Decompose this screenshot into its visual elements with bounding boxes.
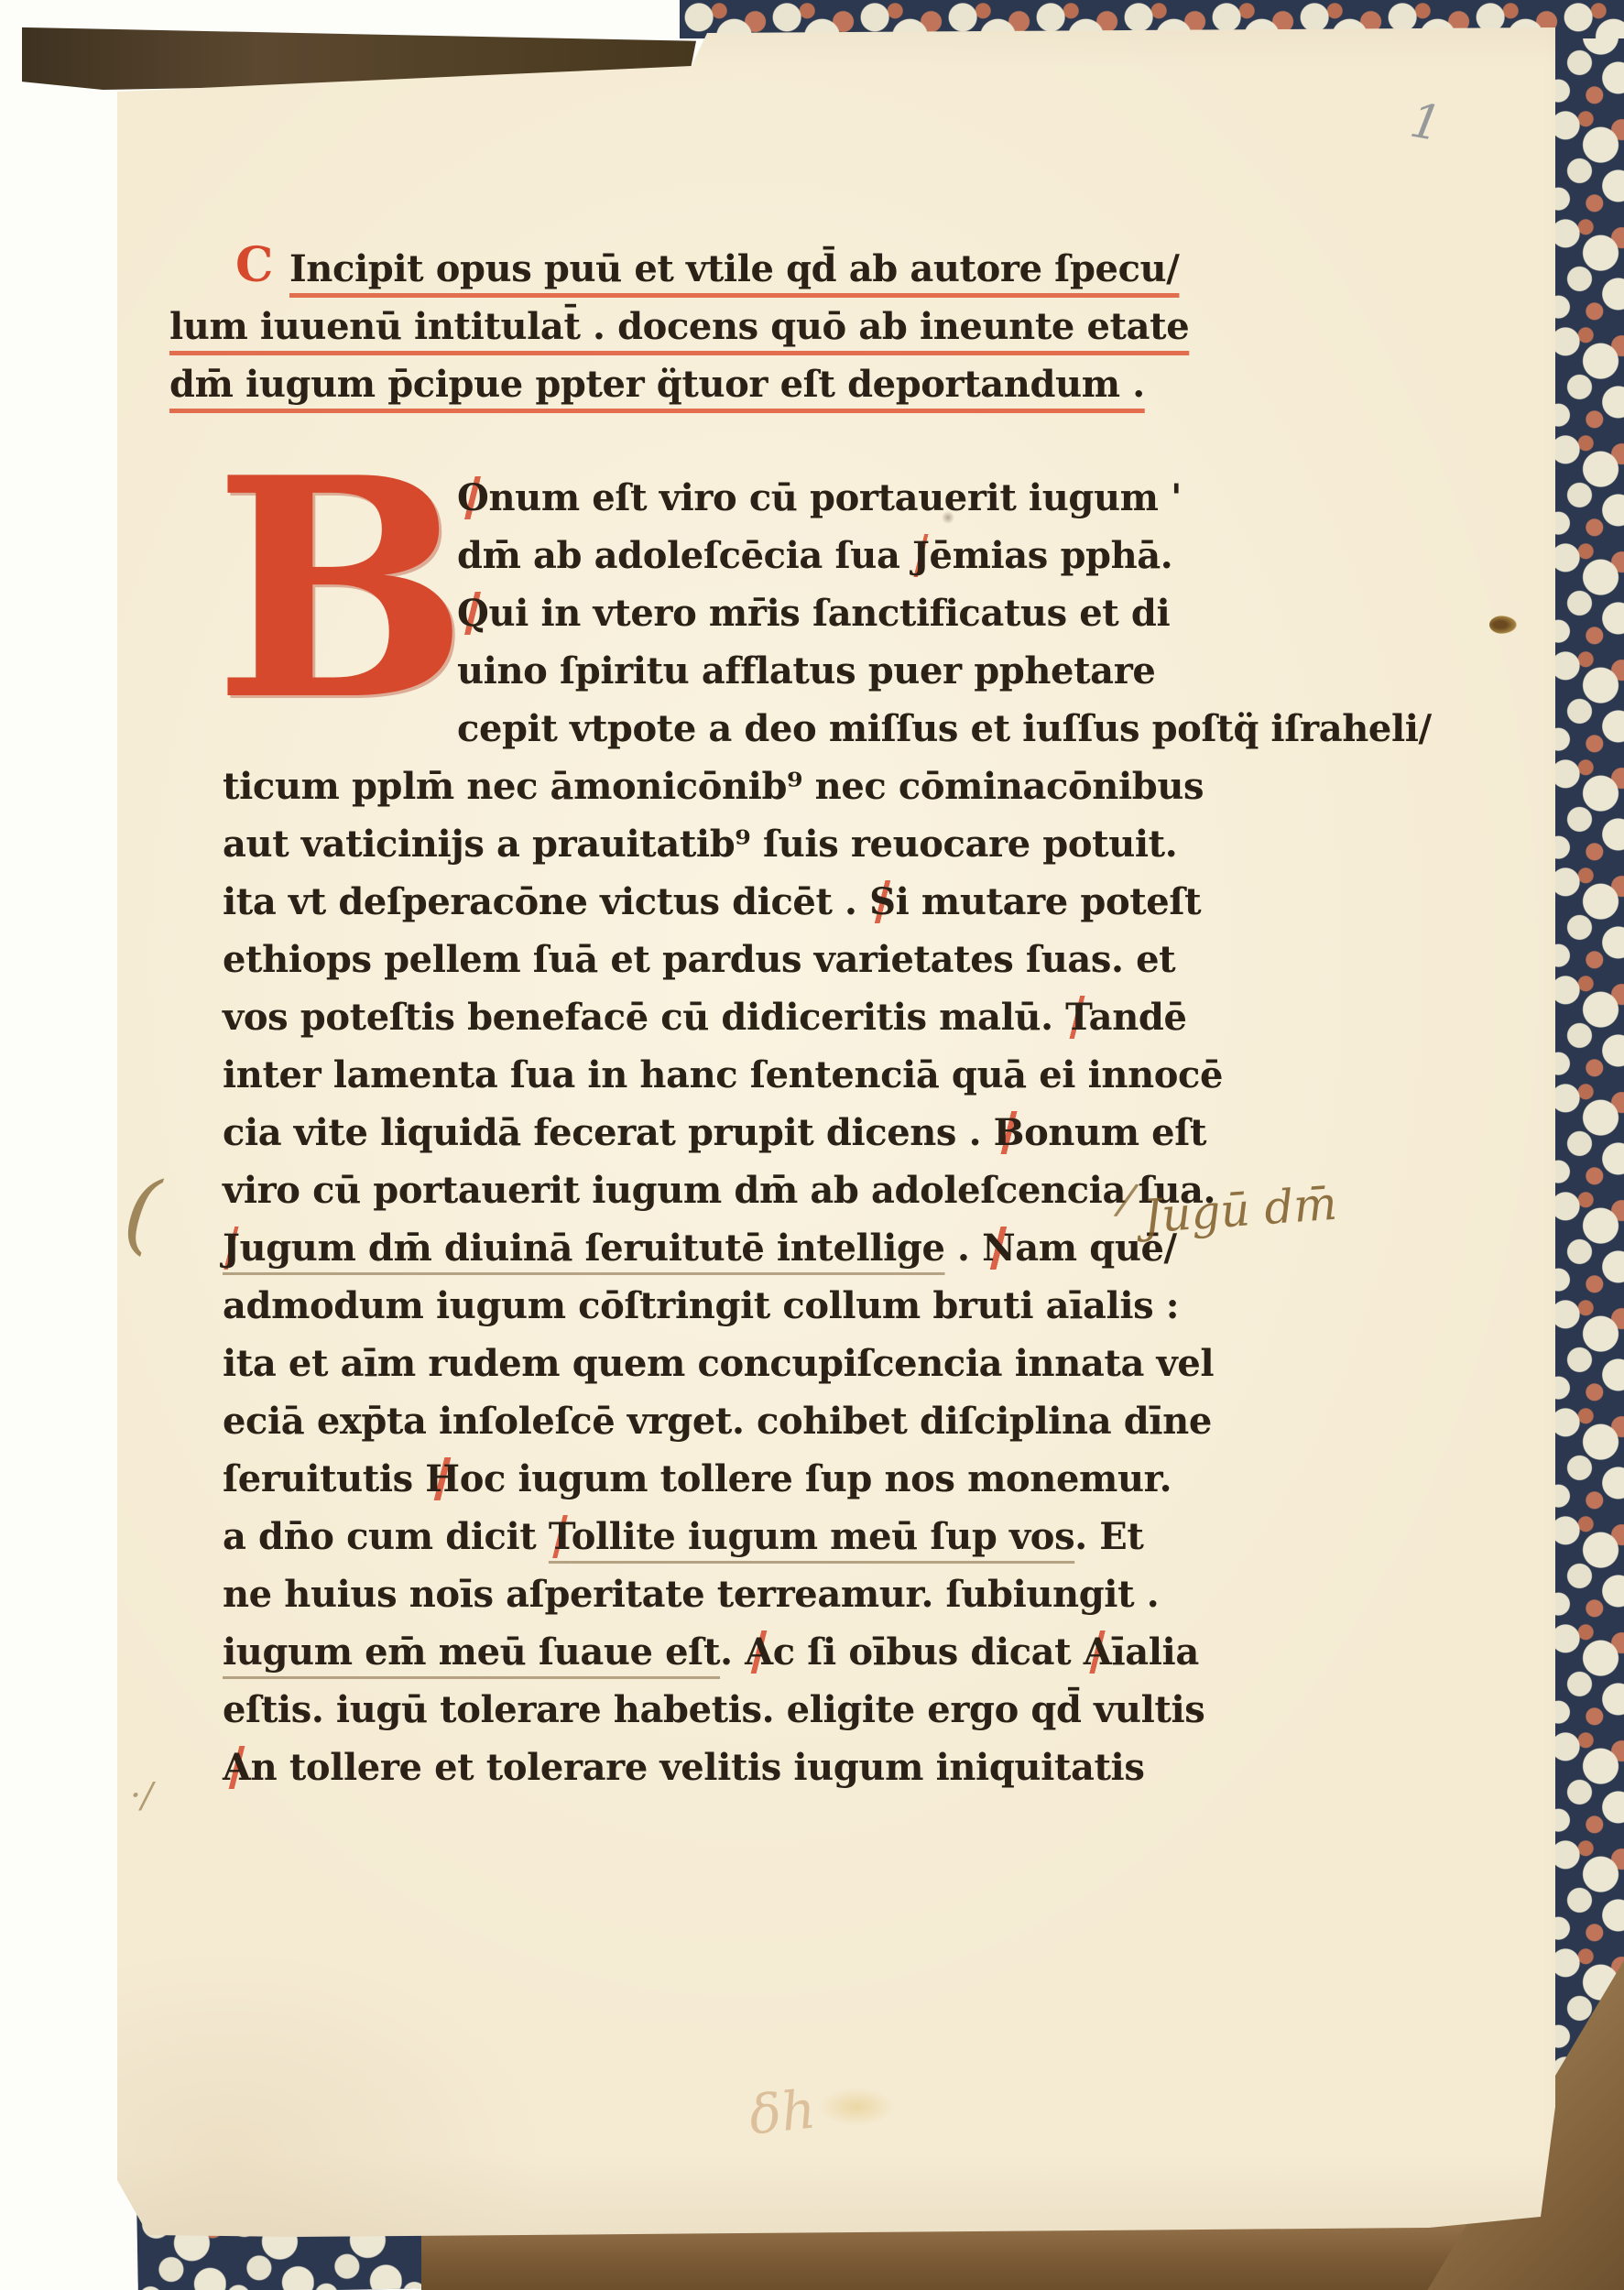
rubricated-letter: A	[1084, 1630, 1112, 1674]
rubricated-letter: B	[994, 1111, 1024, 1154]
drop-cap-initial: B	[213, 471, 444, 702]
text-line: aut vaticinijs a prauitatib⁹ ſuis reuoca…	[223, 815, 1223, 873]
text-line: Jugum dm̄ diuinā ſeruitutē intellige . N…	[223, 1219, 1223, 1277]
text-line: ita et aīm rudem quem concupiſcencia inn…	[223, 1335, 1223, 1392]
ink-mark-bottom: δh	[747, 2077, 819, 2146]
marbled-endpaper-right-edge	[1546, 0, 1624, 2134]
margin-ink-flourish: (	[119, 1160, 164, 1265]
rubricated-letter: A	[223, 1746, 251, 1789]
text-line: viro cū portauerit iugum dm̄ ab adoleſce…	[223, 1161, 1223, 1219]
rubricated-letter: Q	[457, 592, 488, 635]
text-segment: dm̄ ab adoleſcēcia ſua	[457, 534, 912, 577]
text-line: ticum pplm̄ nec āmonicōnib⁹ nec cōminacō…	[223, 758, 1223, 815]
text-segment: dm̄ iugum p̄cipue ppter q̈tuor eſt depor…	[169, 363, 1145, 406]
text-segment: .	[945, 1227, 983, 1270]
text-segment: ethiops pellem ſuā et pardus varietates …	[223, 938, 1175, 981]
text-segment: ui in vtero mr̄is ſanctificatus et di	[488, 592, 1170, 635]
rubricated-letter: T	[1065, 996, 1089, 1039]
text-line: eciā exp̄ta inſoleſcē vrget. cohibet diſ…	[223, 1392, 1223, 1450]
text-line: vos poteſtis benefacē cū didiceritis mal…	[223, 988, 1223, 1046]
text-segment: i mutare poteſt	[896, 880, 1202, 923]
text-segment: cia vite liquidā fecerat prupit dicens .	[223, 1111, 994, 1154]
rubricated-letter: H	[425, 1457, 459, 1500]
text-line: a dn̄o cum dicit Tollite iugum meū ſup v…	[223, 1508, 1223, 1565]
text-line: lum iuuenū intitulat̄ . docens quō ab in…	[169, 298, 1189, 355]
text-segment: ita et aīm rudem quem concupiſcencia inn…	[223, 1342, 1214, 1385]
text-segment: ne huius noīs aſperitate terreamur. ſubi…	[223, 1573, 1159, 1616]
rubricated-letter: A	[745, 1630, 773, 1674]
text-line: eſtis. iugū tolerare habetis. eligite er…	[223, 1681, 1223, 1739]
rubricated-letter: N	[982, 1227, 1015, 1270]
margin-ink-tick: ·/	[130, 1775, 153, 1816]
text-segment: ollite iugum meū ſup vos	[572, 1515, 1075, 1558]
text-segment: ugum dm̄ diuinā ſeruitutē intellige	[240, 1227, 945, 1270]
text-segment: vos poteſtis benefacē cū didiceritis mal…	[223, 996, 1065, 1039]
text-segment: eſtis. iugū tolerare habetis. eligite er…	[223, 1688, 1204, 1731]
text-segment: ticum pplm̄ nec āmonicōnib⁹ nec cōminacō…	[223, 765, 1204, 808]
text-segment: num eſt viro cū portauerit iugum '	[488, 476, 1182, 519]
text-line: ita vt deſperacōne victus dicēt . Si mut…	[223, 873, 1223, 931]
text-segment: c ſi oībus dicat	[773, 1630, 1084, 1674]
text-segment: .	[720, 1630, 745, 1674]
book-page: CIncipit opus puū et vtile qd̄ ab autore…	[0, 0, 1624, 2290]
rubricated-letter: S	[869, 880, 896, 923]
text-segment: n tollere et tolerare velitis iugum iniq…	[251, 1746, 1145, 1789]
wormhole-stain	[1489, 616, 1517, 634]
text-line: inter lamenta ſua in hanc ſentenciā quā …	[223, 1046, 1223, 1104]
text-segment: onum eſt	[1024, 1111, 1206, 1154]
text-line: iugum em̄ meū ſuaue eſt. Ac ſi oībus dic…	[223, 1623, 1223, 1681]
rubricated-letter: J	[223, 1227, 240, 1270]
text-segment: . Et	[1074, 1515, 1143, 1558]
rubricated-letter: T	[549, 1515, 572, 1558]
text-line: admodum iugum cōſtringit collum bruti aī…	[223, 1277, 1223, 1335]
text-segment: eciā exp̄ta inſoleſcē vrget. cohibet diſ…	[223, 1400, 1212, 1443]
folio-number-pencil: 1	[1406, 93, 1445, 153]
text-line: cia vite liquidā fecerat prupit dicens .…	[223, 1104, 1223, 1161]
text-segment: lum iuuenū intitulat̄ . docens quō ab in…	[169, 305, 1189, 348]
text-segment: viro cū portauerit iugum dm̄ ab adoleſce…	[223, 1169, 1215, 1212]
text-segment: andē	[1089, 996, 1187, 1039]
text-segment: ſeruitutis	[223, 1457, 425, 1500]
text-segment: inter lamenta ſua in hanc ſentenciā quā …	[223, 1053, 1223, 1096]
text-segment: īalia	[1111, 1630, 1198, 1674]
text-line: dm̄ iugum p̄cipue ppter q̈tuor eſt depor…	[169, 355, 1189, 413]
drop-cap-letter: B	[213, 411, 469, 767]
rubricated-letter: O	[457, 476, 488, 519]
text-segment: oc iugum tollere ſup nos monemur.	[460, 1457, 1172, 1500]
paragraph-mark: C	[235, 247, 273, 284]
text-segment: admodum iugum cōſtringit collum bruti aī…	[223, 1284, 1179, 1327]
body-text-block: B Onum eſt viro cū portauerit iugum 'dm̄…	[223, 469, 1223, 1796]
incipit-heading: CIncipit opus puū et vtile qd̄ ab autore…	[169, 240, 1189, 413]
text-line: ſeruitutis Hoc iugum tollere ſup nos mon…	[223, 1450, 1223, 1508]
text-segment: ita vt deſperacōne victus dicēt .	[223, 880, 869, 923]
text-line: ne huius noīs aſperitate terreamur. ſubi…	[223, 1565, 1223, 1623]
text-line: CIncipit opus puū et vtile qd̄ ab autore…	[169, 240, 1189, 298]
text-segment: uino ſpiritu afflatus puer pphetare	[457, 649, 1155, 692]
text-segment: iugum em̄ meū ſuaue eſt	[223, 1630, 720, 1674]
text-segment: ēmias pphā.	[930, 534, 1173, 577]
text-segment: Incipit opus puū et vtile qd̄ ab autore …	[289, 247, 1179, 290]
text-segment: aut vaticinijs a prauitatib⁹ ſuis reuoca…	[223, 823, 1177, 866]
text-segment: cepit vtpote a deo miſſus et iuſſus poſt…	[457, 707, 1432, 750]
text-segment: a dn̄o cum dicit	[223, 1515, 549, 1558]
rubricated-letter: J	[912, 534, 930, 577]
text-line: An tollere et tolerare velitis iugum ini…	[223, 1739, 1223, 1796]
text-line: ethiops pellem ſuā et pardus varietates …	[223, 931, 1223, 988]
